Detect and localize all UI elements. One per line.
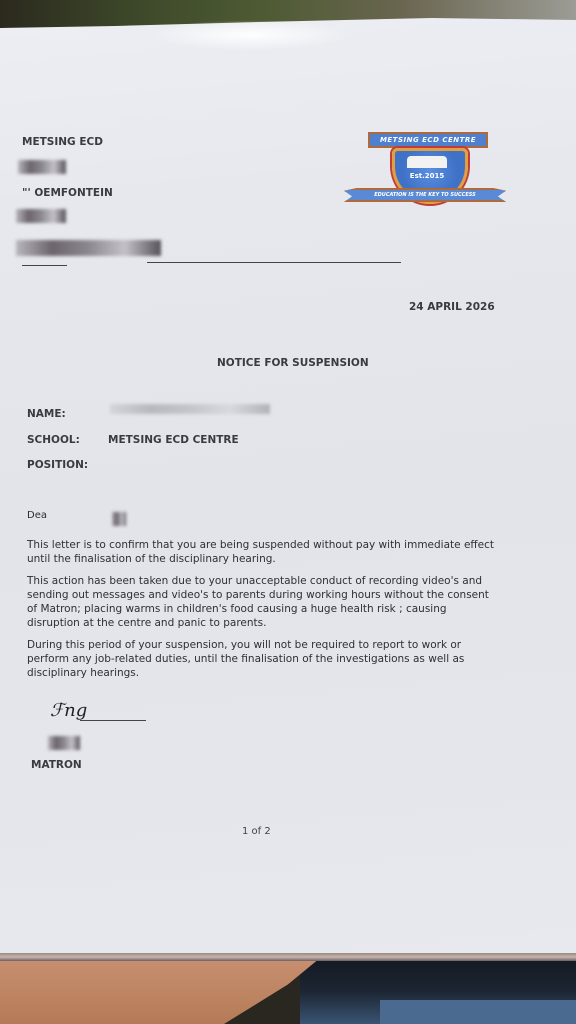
school-logo: METSING ECD CENTRE Est.2015 EDUCATION IS… [340, 128, 510, 218]
page-number: 1 of 2 [242, 826, 271, 837]
logo-established: Est.2015 [400, 172, 454, 180]
position-label: POSITION: [27, 459, 88, 471]
redacted-address-line [18, 160, 66, 174]
logo-banner: METSING ECD CENTRE [368, 132, 488, 148]
hand-holding-page [0, 958, 320, 1024]
name-label: NAME: [27, 408, 66, 420]
redacted-name [110, 404, 270, 414]
school-label: SCHOOL: [27, 434, 80, 446]
school-value: METSING ECD CENTRE [108, 434, 239, 446]
letter-body: This letter is to confirm that you are b… [27, 538, 497, 688]
jeans-pocket [380, 1000, 576, 1024]
redacted-signatory-name [48, 736, 80, 750]
redacted-contact-line [16, 240, 161, 256]
letterhead-rule-left [22, 265, 67, 266]
letterhead-rule-right [147, 262, 401, 263]
redacted-recipient [112, 512, 126, 526]
logo-motto-ribbon: EDUCATION IS THE KEY TO SUCCESS [344, 188, 506, 202]
book-icon [407, 156, 447, 168]
org-name: METSING ECD [22, 136, 103, 148]
city-line: "' OEMFONTEIN [22, 187, 113, 199]
salutation: Dea [27, 510, 47, 521]
redacted-postal-line [16, 209, 66, 223]
plastic-sleeve-edge [0, 953, 576, 961]
body-paragraph-1: This letter is to confirm that you are b… [27, 538, 497, 566]
letter-date: 24 APRIL 2026 [409, 301, 495, 313]
letter-title: NOTICE FOR SUSPENSION [217, 357, 369, 369]
body-paragraph-3: During this period of your suspension, y… [27, 638, 497, 680]
signature-line [80, 720, 146, 721]
signatory-title: MATRON [31, 759, 82, 771]
body-paragraph-2: This action has been taken due to your u… [27, 574, 497, 630]
light-glare [150, 20, 350, 50]
signature: ℱng [50, 700, 100, 726]
